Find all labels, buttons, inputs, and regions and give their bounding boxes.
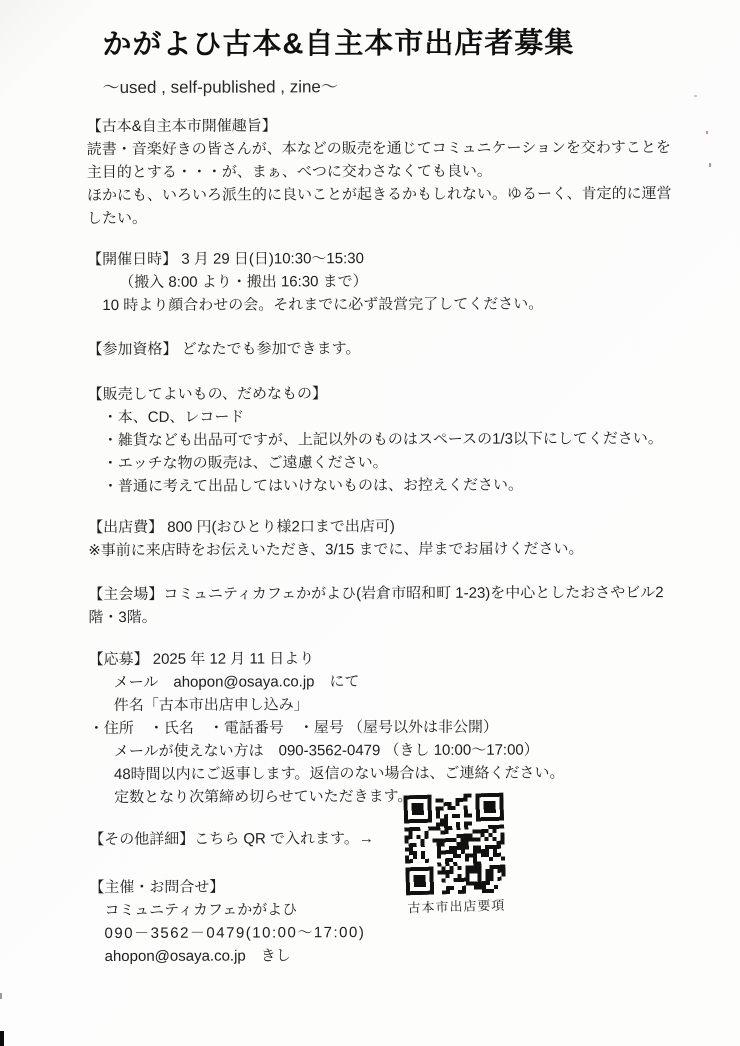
- purpose-heading: 【古本&自主本市開催趣旨】: [87, 113, 711, 138]
- qr-caption: 古本市出店要項: [401, 894, 511, 916]
- page-subtitle: ～used , self-published , zine～: [87, 74, 711, 99]
- section-purpose: 【古本&自主本市開催趣旨】 読書・音楽好きの皆さんが、本などの販売を通じてコミュ…: [87, 113, 711, 230]
- page-title: かがよひ古本&自主本市出店者募集: [86, 25, 710, 63]
- application-subject-line: 件名「古本市出店申し込み」: [89, 692, 713, 717]
- application-reply-line: 48時間以内にご返事します。返信のない場合は、ご連絡ください。: [89, 761, 713, 786]
- application-heading-line: 【応募】 2025 年 12 月 11 日より: [89, 646, 713, 671]
- eligibility-line: 【参加資格】 どなたでも参加できます。: [87, 336, 711, 361]
- contact-phone-line: 090－3562－0479(10:00～17:00): [89, 920, 713, 945]
- scan-speck: [694, 95, 697, 97]
- purpose-line: 主目的とする・・・が、まぁ、べつに交わさなくても良い。: [87, 159, 711, 184]
- application-email-line: メール ahopon@osaya.co.jp にて: [89, 669, 713, 694]
- scan-speck: [706, 131, 708, 134]
- purpose-line: ほかにも、いろいろ派生的に良いことが起きるかもしれない。ゆるーく、肯定的に運営: [87, 182, 711, 207]
- section-items: 【販売してよいもの、だめなもの】 ・本、CD、レコード ・雑貨なども出品可ですが…: [88, 381, 712, 498]
- scan-speck: [709, 163, 711, 167]
- purpose-line: したい。: [87, 205, 711, 230]
- items-bullet: ・本、CD、レコード: [88, 404, 712, 429]
- purpose-line: 読書・音楽好きの皆さんが、本などの販売を通じてコミュニケーションを交わすことを: [87, 136, 711, 161]
- section-fee: 【出店費】 800 円(おひとり様2口まで出店可) ※事前に来店時をお伝えいただ…: [88, 514, 712, 562]
- fee-note-line: ※事前に来店時をお伝えいただき、3/15 までに、岸までお届けください。: [88, 537, 712, 562]
- qr-code-icon: [403, 793, 506, 896]
- venue-line: 【主会場】コミュニティカフェかがよひ(岩倉市昭和町 1-23)を中心としたおさや…: [88, 581, 712, 606]
- datetime-heading-line: 【開催日時】 3 月 29 日(日)10:30～15:30: [87, 246, 711, 271]
- datetime-loadin-line: （搬入 8:00 より・搬出 16:30 まで）: [87, 269, 711, 294]
- items-bullet: ・雑貨なども出品可ですが、上記以外のものはスペースの1/3以下にしてください。: [88, 427, 712, 452]
- application-phone-line: メールが使えない方は 090-3562-0479 （きし 10:00～17:00…: [89, 738, 713, 763]
- section-datetime: 【開催日時】 3 月 29 日(日)10:30～15:30 （搬入 8:00 よ…: [87, 246, 711, 317]
- section-application: 【応募】 2025 年 12 月 11 日より メール ahopon@osaya…: [89, 646, 714, 809]
- section-venue: 【主会場】コミュニティカフェかがよひ(岩倉市昭和町 1-23)を中心としたおさや…: [88, 581, 712, 629]
- qr-code-block: 古本市出店要項: [398, 792, 511, 916]
- contact-email-line: ahopon@osaya.co.jp きし: [90, 943, 714, 968]
- fee-heading-line: 【出店費】 800 円(おひとり様2口まで出店可): [88, 514, 712, 539]
- scan-edge-dot: [0, 993, 2, 999]
- venue-line: 階・3階。: [88, 604, 712, 629]
- datetime-setup-line: 10 時より顔合わせの会。それまでに必ず設営完了してください。: [87, 292, 711, 317]
- items-heading: 【販売してよいもの、だめなもの】: [88, 381, 712, 406]
- application-fields-line: ・住所 ・氏名 ・電話番号 ・屋号 （屋号以外は非公開）: [89, 715, 713, 740]
- scanned-flyer-page: かがよひ古本&自主本市出店者募集 ～used , self-published …: [0, 0, 740, 1046]
- scan-edge-artifact: [0, 1031, 4, 1046]
- items-bullet: ・普通に考えて出品してはいけないものは、お控えください。: [88, 473, 712, 498]
- items-bullet: ・エッチな物の販売は、ご遠慮ください。: [88, 450, 712, 475]
- section-eligibility: 【参加資格】 どなたでも参加できます。: [87, 336, 711, 361]
